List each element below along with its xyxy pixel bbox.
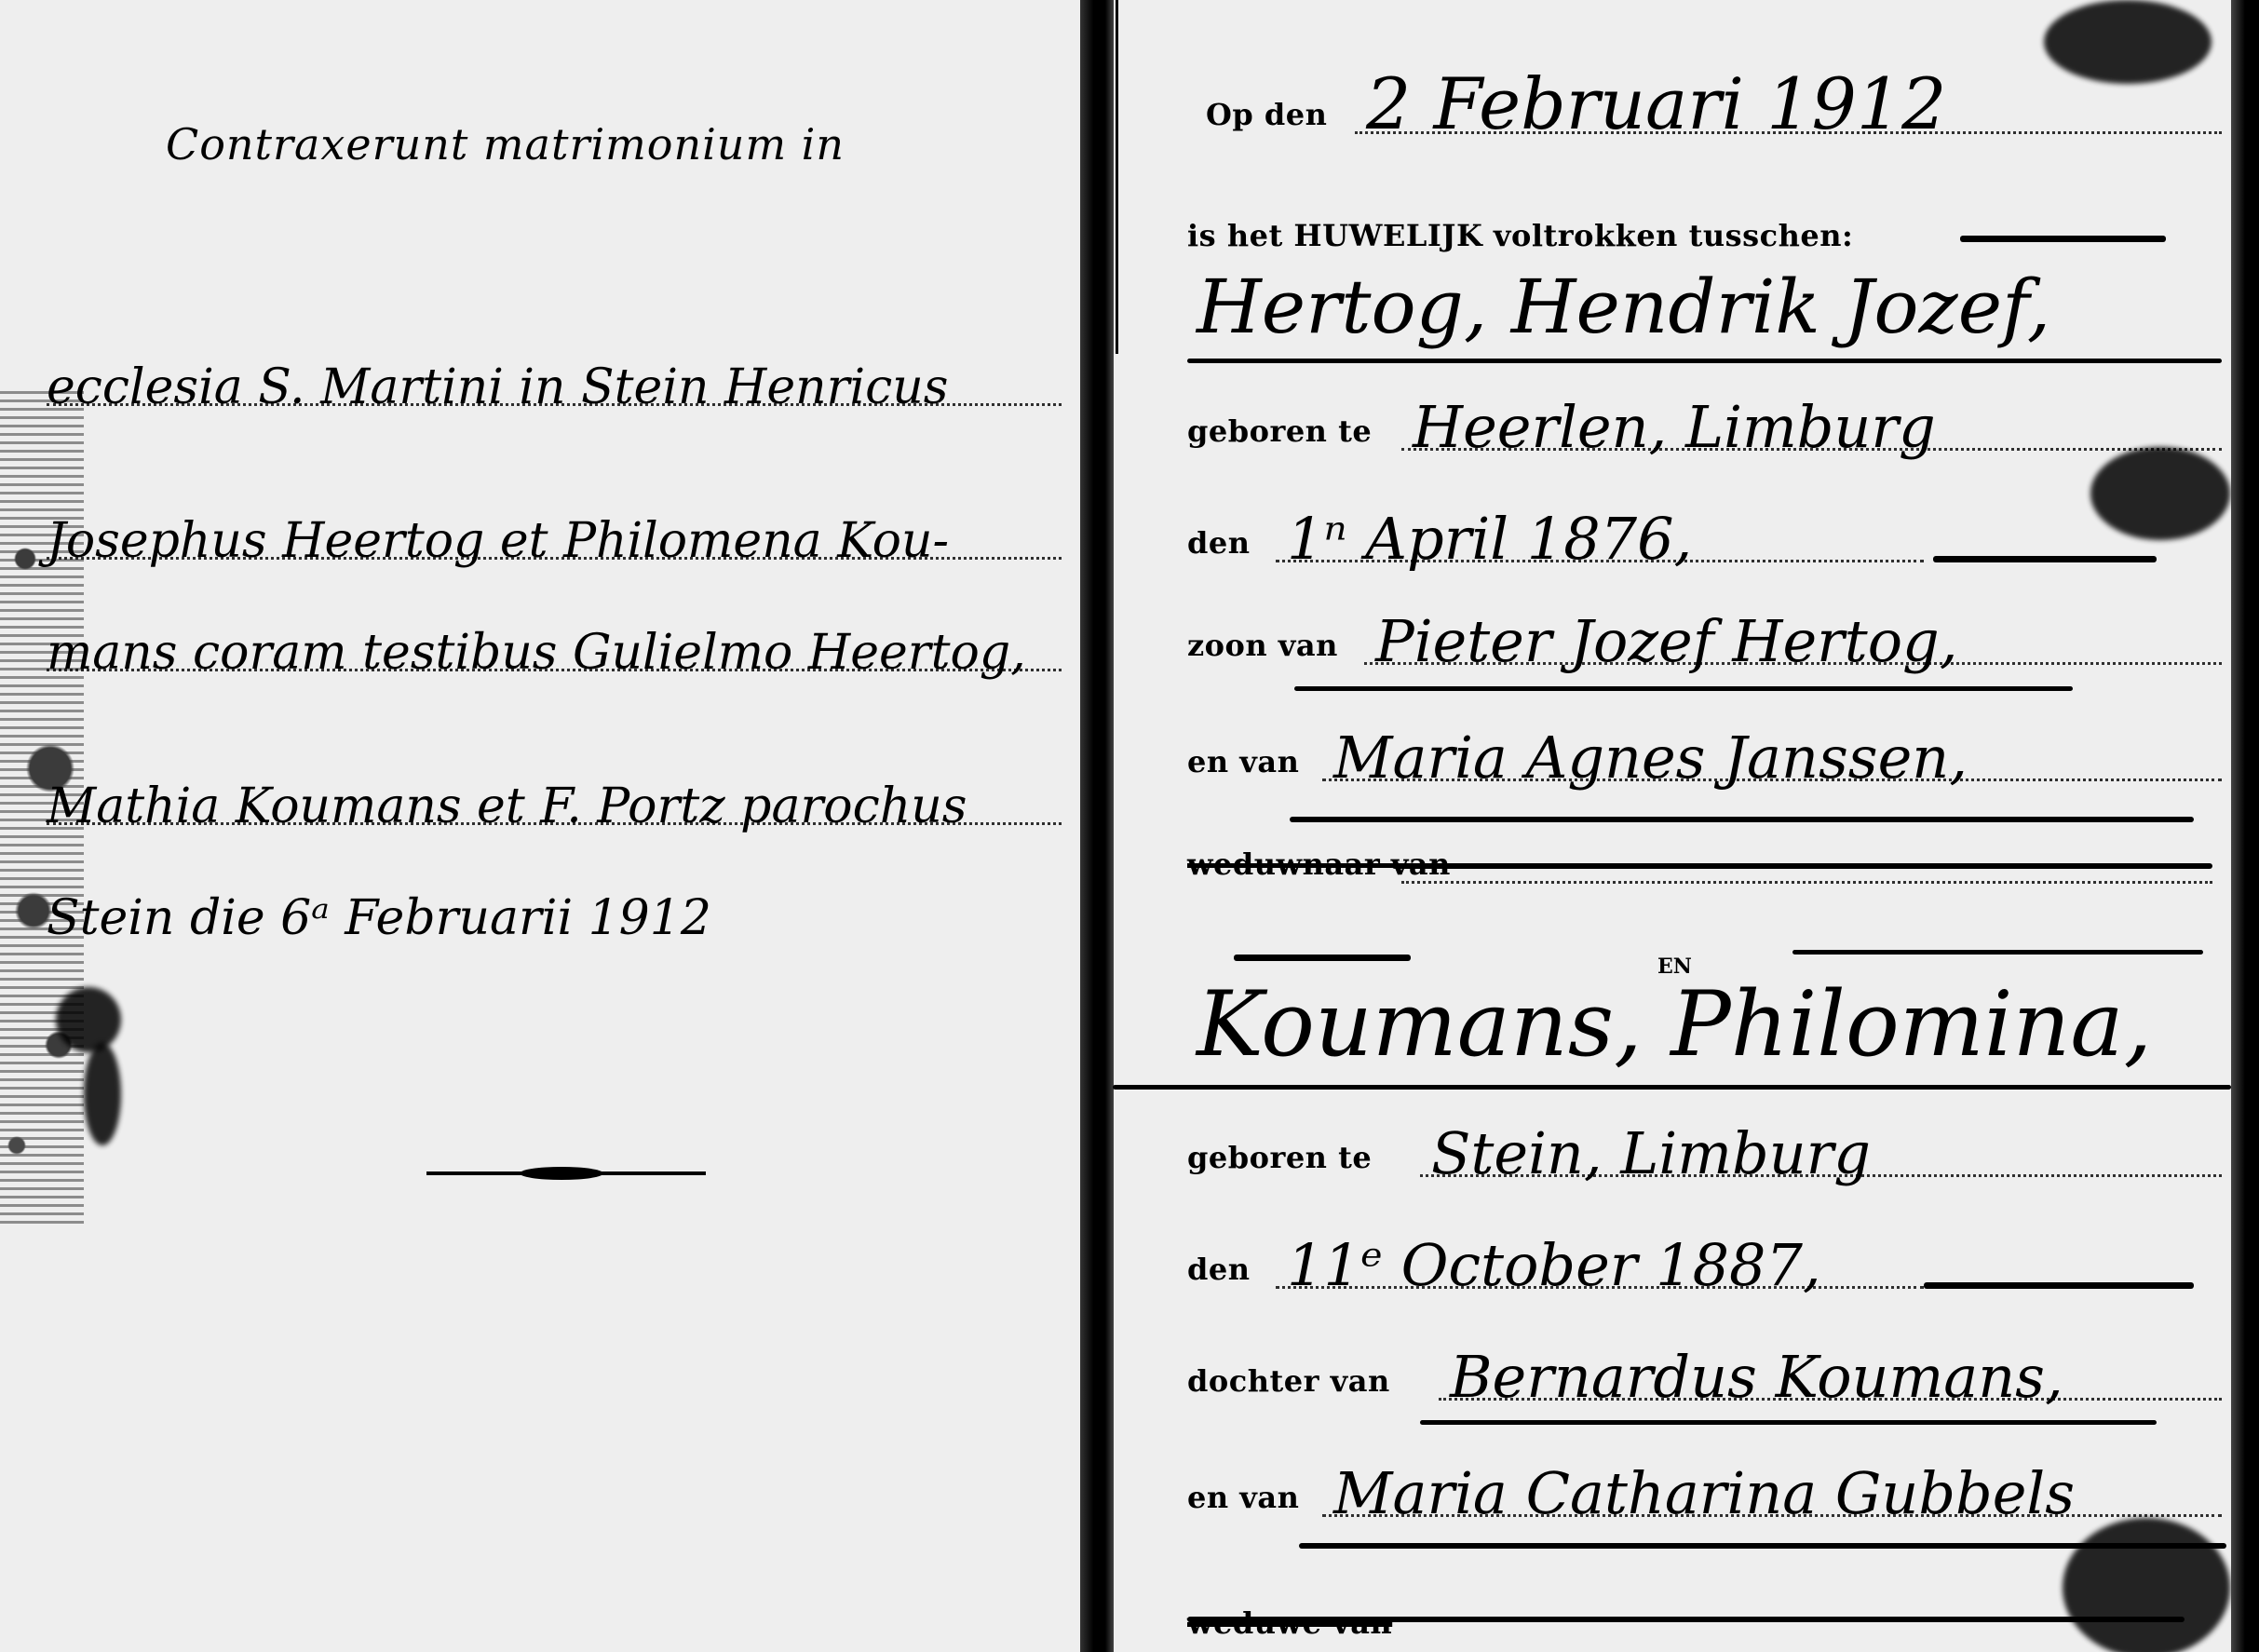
bride-birthplace-label: geboren te (1187, 1140, 1372, 1175)
right-page-civil-form: Op den 2 Februari 1912 is het HUWELIJK v… (1113, 0, 2259, 1652)
left-page-church-annotation: Contraxerunt matrimonium in ecclesia S. … (0, 0, 1080, 1652)
groom-mother-label: en van (1187, 744, 1299, 779)
intro-row: is het HUWELIJK voltrokken tusschen: (1187, 177, 2222, 261)
groom-widower-row: weduwnaar van (1187, 806, 2222, 889)
groom-birthdate-field: 1ⁿ April 1876, (1276, 510, 1924, 568)
fill-bar (1792, 950, 2203, 955)
bride-mother-row: en van Maria Catharina Gubbels (1187, 1439, 2222, 1523)
bride-birthplace-field: Stein, Limburg (1420, 1125, 2222, 1183)
bride-name: Koumans, Philomina, (1197, 980, 2152, 1069)
annotation-line-1: ecclesia S. Martini in Stein Henricus (47, 363, 1062, 412)
bride-mother-field: Maria Catharina Gubbels (1322, 1465, 2222, 1523)
bride-father-row: dochter van Bernardus Koumans, (1187, 1322, 2222, 1406)
underline (1113, 1085, 2231, 1090)
underline (1294, 686, 2073, 691)
bride-widow-label: weduwe van (1187, 1605, 1392, 1641)
ornamental-divider (426, 1171, 706, 1175)
annotation-line-4: Mathia Koumans et F. Portz parochus (47, 782, 1062, 831)
marriage-date-label: Op den (1206, 97, 1327, 132)
groom-father-label: zoon van (1187, 628, 1338, 663)
ink-stain (84, 1043, 121, 1145)
groom-birthdate-row: den 1ⁿ April 1876, (1187, 484, 2222, 568)
groom-father-field: Pieter Jozef Hertog, (1364, 613, 2222, 670)
ink-stain (2063, 1518, 2230, 1652)
book-spine-gutter (1080, 0, 1114, 1652)
groom-birthplace-label: geboren te (1187, 413, 1372, 449)
strike-bar (1392, 863, 2212, 869)
groom-birthplace-field: Heerlen, Limburg (1401, 399, 2222, 456)
bride-birthdate-label: den (1187, 1252, 1251, 1287)
groom-mother-field: Maria Agnes Janssen, (1322, 729, 2222, 787)
bride-name-row: Koumans, Philomina, (1187, 959, 2222, 1090)
underline (1187, 359, 2222, 363)
ink-stain (56, 987, 121, 1052)
groom-birthplace-row: geboren te Heerlen, Limburg (1187, 372, 2222, 456)
fill-bar (1960, 236, 2166, 242)
annotation-line-2: Josephus Heertog et Philomena Kou- (47, 517, 1062, 565)
groom-name-row: Hertog, Hendrik Jozef, (1187, 261, 2222, 363)
ink-stain (2090, 447, 2230, 540)
fill-bar (1924, 1282, 2194, 1289)
groom-name: Hertog, Hendrik Jozef, (1197, 270, 2050, 345)
groom-mother-row: en van Maria Agnes Janssen, (1187, 703, 2222, 787)
annotation-line-5: Stein die 6ᵃ Februarii 1912 (47, 894, 866, 942)
groom-father-row: zoon van Pieter Jozef Hertog, (1187, 587, 2222, 670)
bride-father-field: Bernardus Koumans, (1439, 1348, 2222, 1406)
strike-bar (1187, 1617, 2185, 1622)
bride-father-label: dochter van (1187, 1363, 1390, 1399)
ink-stain (2044, 0, 2212, 84)
latin-heading: Contraxerunt matrimonium in (166, 119, 845, 169)
underline (1420, 1420, 2157, 1425)
fill-bar (1933, 556, 2157, 562)
groom-widower-field (1401, 880, 2212, 889)
bride-birthplace-row: geboren te Stein, Limburg (1187, 1099, 2222, 1183)
bride-mother-label: en van (1187, 1480, 1299, 1515)
annotation-line-3: mans coram testibus Gulielmo Heertog, (47, 629, 1062, 677)
bride-birthdate-row: den 11ᵉ October 1887, (1187, 1211, 2222, 1294)
bride-birthdate-field: 11ᵉ October 1887, (1276, 1237, 1924, 1294)
intro-label: is het HUWELIJK voltrokken tusschen: (1187, 218, 1853, 253)
groom-birthdate-label: den (1187, 525, 1251, 561)
page-edge-right (2231, 0, 2259, 1652)
